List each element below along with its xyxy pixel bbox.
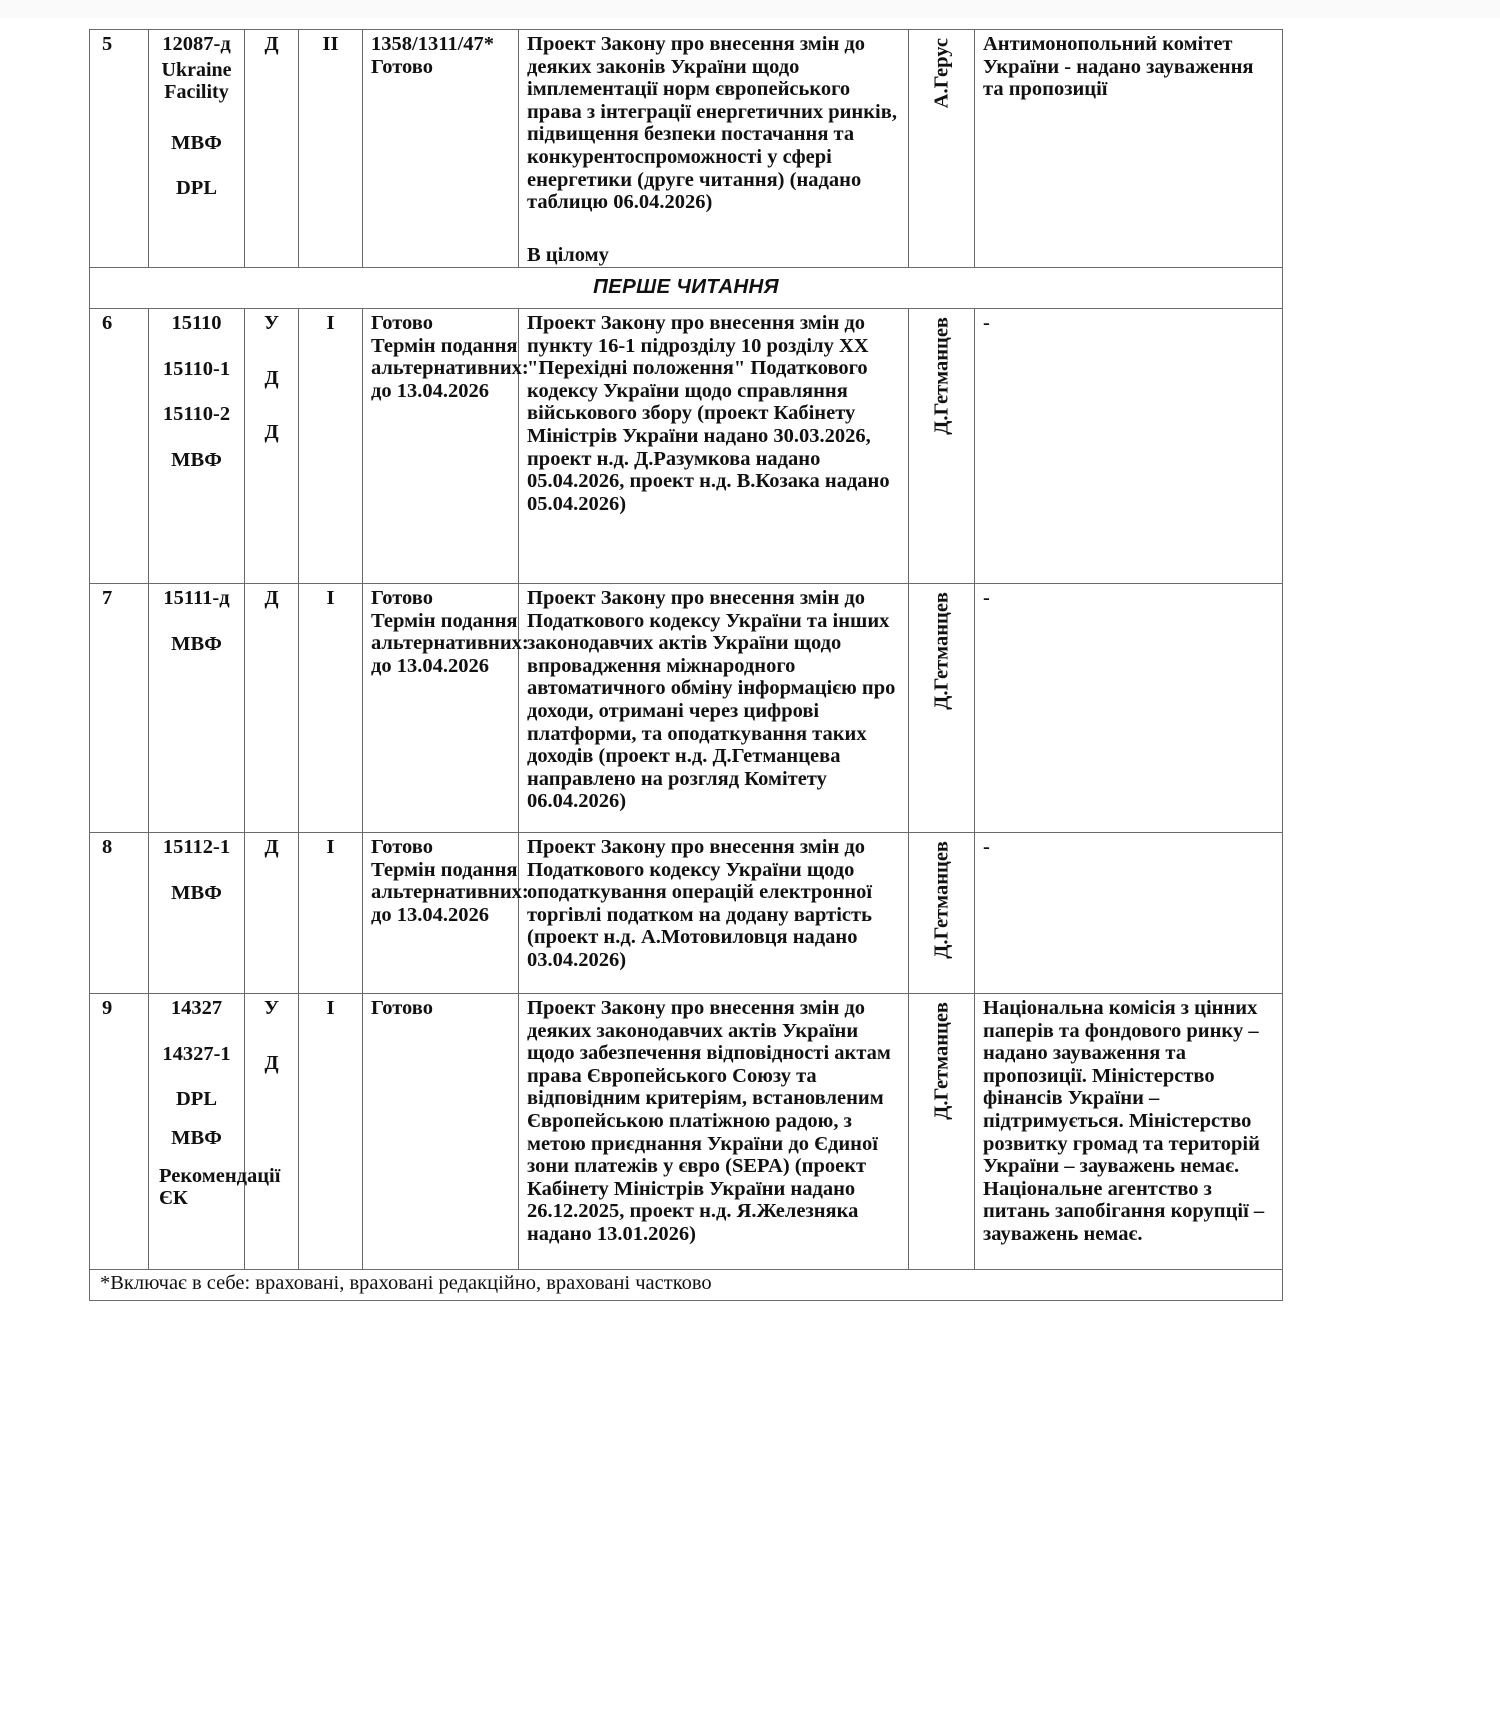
program-tag: Рекомендації ЄК: [149, 1165, 244, 1209]
row-number: 8: [90, 833, 149, 994]
program-tag: МВФ: [149, 449, 244, 472]
program-tag: DPL: [149, 177, 244, 200]
status-line: 1358/1311/47*: [371, 33, 518, 56]
bill-id: 14327-1: [149, 1043, 244, 1066]
responsible-person: Д.Гетманцев: [930, 1002, 953, 1120]
bill-id: 15110-1: [149, 358, 244, 381]
bill-type: У: [245, 997, 298, 1020]
status-line: до 13.04.2026: [371, 380, 518, 403]
table-row: 8 15112-1 МВФ Д I Готово Термін подання …: [90, 833, 1283, 994]
reading-number: I: [299, 994, 363, 1270]
note-cell: -: [975, 584, 1283, 833]
bill-types: Д: [245, 833, 299, 994]
responsible-person: Д.Гетманцев: [930, 317, 953, 435]
status-line: Термін подання альтернативних:: [371, 335, 518, 380]
responsible-cell: Д.Гетманцев: [909, 309, 975, 584]
note-cell: Національна комісія з цінних паперів та …: [975, 994, 1283, 1270]
responsible-cell: Д.Гетманцев: [909, 833, 975, 994]
bill-ids: 14327 14327-1 DPL МВФ Рекомендації ЄК: [149, 994, 245, 1270]
bill-ids: 12087-д Ukraine Facility МВФ DPL: [149, 30, 245, 268]
responsible-person: Д.Гетманцев: [930, 592, 953, 710]
status-cell: Готово Термін подання альтернативних: до…: [363, 309, 519, 584]
status-line: Готово: [371, 997, 518, 1020]
bill-type: Д: [245, 367, 298, 390]
row-number: 5: [90, 30, 149, 268]
bill-type: Д: [245, 421, 298, 444]
status-cell: 1358/1311/47* Готово: [363, 30, 519, 268]
bill-title: Проект Закону про внесення змін до Подат…: [519, 833, 909, 994]
bill-type: Д: [245, 836, 298, 859]
program-tag: DPL: [149, 1088, 244, 1111]
row-number: 6: [90, 309, 149, 584]
bill-type: У: [245, 312, 298, 335]
status-line: до 13.04.2026: [371, 904, 518, 927]
bill-id: 15110-2: [149, 403, 244, 426]
note-cell: -: [975, 309, 1283, 584]
responsible-cell: Д.Гетманцев: [909, 994, 975, 1270]
bill-id: 12087-д: [149, 33, 244, 56]
bill-title-cell: Проект Закону про внесення змін до деяки…: [519, 30, 909, 268]
reading-number: I: [299, 833, 363, 994]
table-row: 5 12087-д Ukraine Facility МВФ DPL Д II …: [90, 30, 1283, 268]
note-cell: -: [975, 833, 1283, 994]
status-line: Термін подання альтернативних:: [371, 610, 518, 655]
status-line: до 13.04.2026: [371, 655, 518, 678]
row-number: 9: [90, 994, 149, 1270]
status-cell: Готово Термін подання альтернативних: до…: [363, 833, 519, 994]
program-tag: МВФ: [149, 1127, 244, 1150]
responsible-cell: Д.Гетманцев: [909, 584, 975, 833]
footnote: *Включає в себе: враховані, враховані ре…: [90, 1270, 1283, 1301]
bill-type: Д: [245, 1052, 298, 1075]
bill-ids: 15112-1 МВФ: [149, 833, 245, 994]
program-tag: МВФ: [149, 132, 244, 155]
table-row: 6 15110 15110-1 15110-2 МВФ У Д Д I Гото…: [90, 309, 1283, 584]
table-row: 7 15111-д МВФ Д I Готово Термін подання …: [90, 584, 1283, 833]
bill-types: У Д: [245, 994, 299, 1270]
bill-id: 15111-д: [149, 587, 244, 610]
bill-types: У Д Д: [245, 309, 299, 584]
program-tag: МВФ: [149, 633, 244, 656]
status-line: Термін подання альтернативних:: [371, 859, 518, 904]
bill-type: Д: [245, 33, 298, 56]
bill-id: 15112-1: [149, 836, 244, 859]
status-line: Готово: [371, 56, 518, 79]
status-cell: Готово Термін подання альтернативних: до…: [363, 584, 519, 833]
bill-type: Д: [245, 587, 298, 610]
bill-id: 15110: [149, 312, 244, 335]
bill-title: Проект Закону про внесення змін до деяки…: [527, 33, 897, 213]
section-row: ПЕРШЕ ЧИТАННЯ: [90, 268, 1283, 309]
reading-number: I: [299, 309, 363, 584]
reading-number: I: [299, 584, 363, 833]
status-line: Готово: [371, 836, 518, 859]
section-heading: ПЕРШЕ ЧИТАННЯ: [90, 268, 1283, 309]
responsible-person: Д.Гетманцев: [930, 841, 953, 959]
bill-id: 14327: [149, 997, 244, 1020]
status-cell: Готово: [363, 994, 519, 1270]
responsible-cell: А.Герус: [909, 30, 975, 268]
status-line: Готово: [371, 587, 518, 610]
bill-types: Д: [245, 584, 299, 833]
bill-title: Проект Закону про внесення змін до Подат…: [519, 584, 909, 833]
row-number: 7: [90, 584, 149, 833]
note-cell: Антимонопольний комітет України - надано…: [975, 30, 1283, 268]
responsible-person: А.Герус: [930, 38, 953, 108]
bill-title-extra: В цілому: [527, 244, 609, 266]
bill-types: Д: [245, 30, 299, 268]
status-line: Готово: [371, 312, 518, 335]
program-tag: Ukraine Facility: [149, 59, 244, 104]
page-top-band: [0, 0, 1500, 18]
reading-number: II: [299, 30, 363, 268]
bill-title: Проект Закону про внесення змін до деяки…: [519, 994, 909, 1270]
table-row: 9 14327 14327-1 DPL МВФ Рекомендації ЄК …: [90, 994, 1283, 1270]
bill-title: Проект Закону про внесення змін до пункт…: [519, 309, 909, 584]
program-tag: МВФ: [149, 882, 244, 905]
bill-ids: 15111-д МВФ: [149, 584, 245, 833]
agenda-table: 5 12087-д Ukraine Facility МВФ DPL Д II …: [89, 29, 1283, 1301]
footnote-row: *Включає в себе: враховані, враховані ре…: [90, 1270, 1283, 1301]
bill-ids: 15110 15110-1 15110-2 МВФ: [149, 309, 245, 584]
